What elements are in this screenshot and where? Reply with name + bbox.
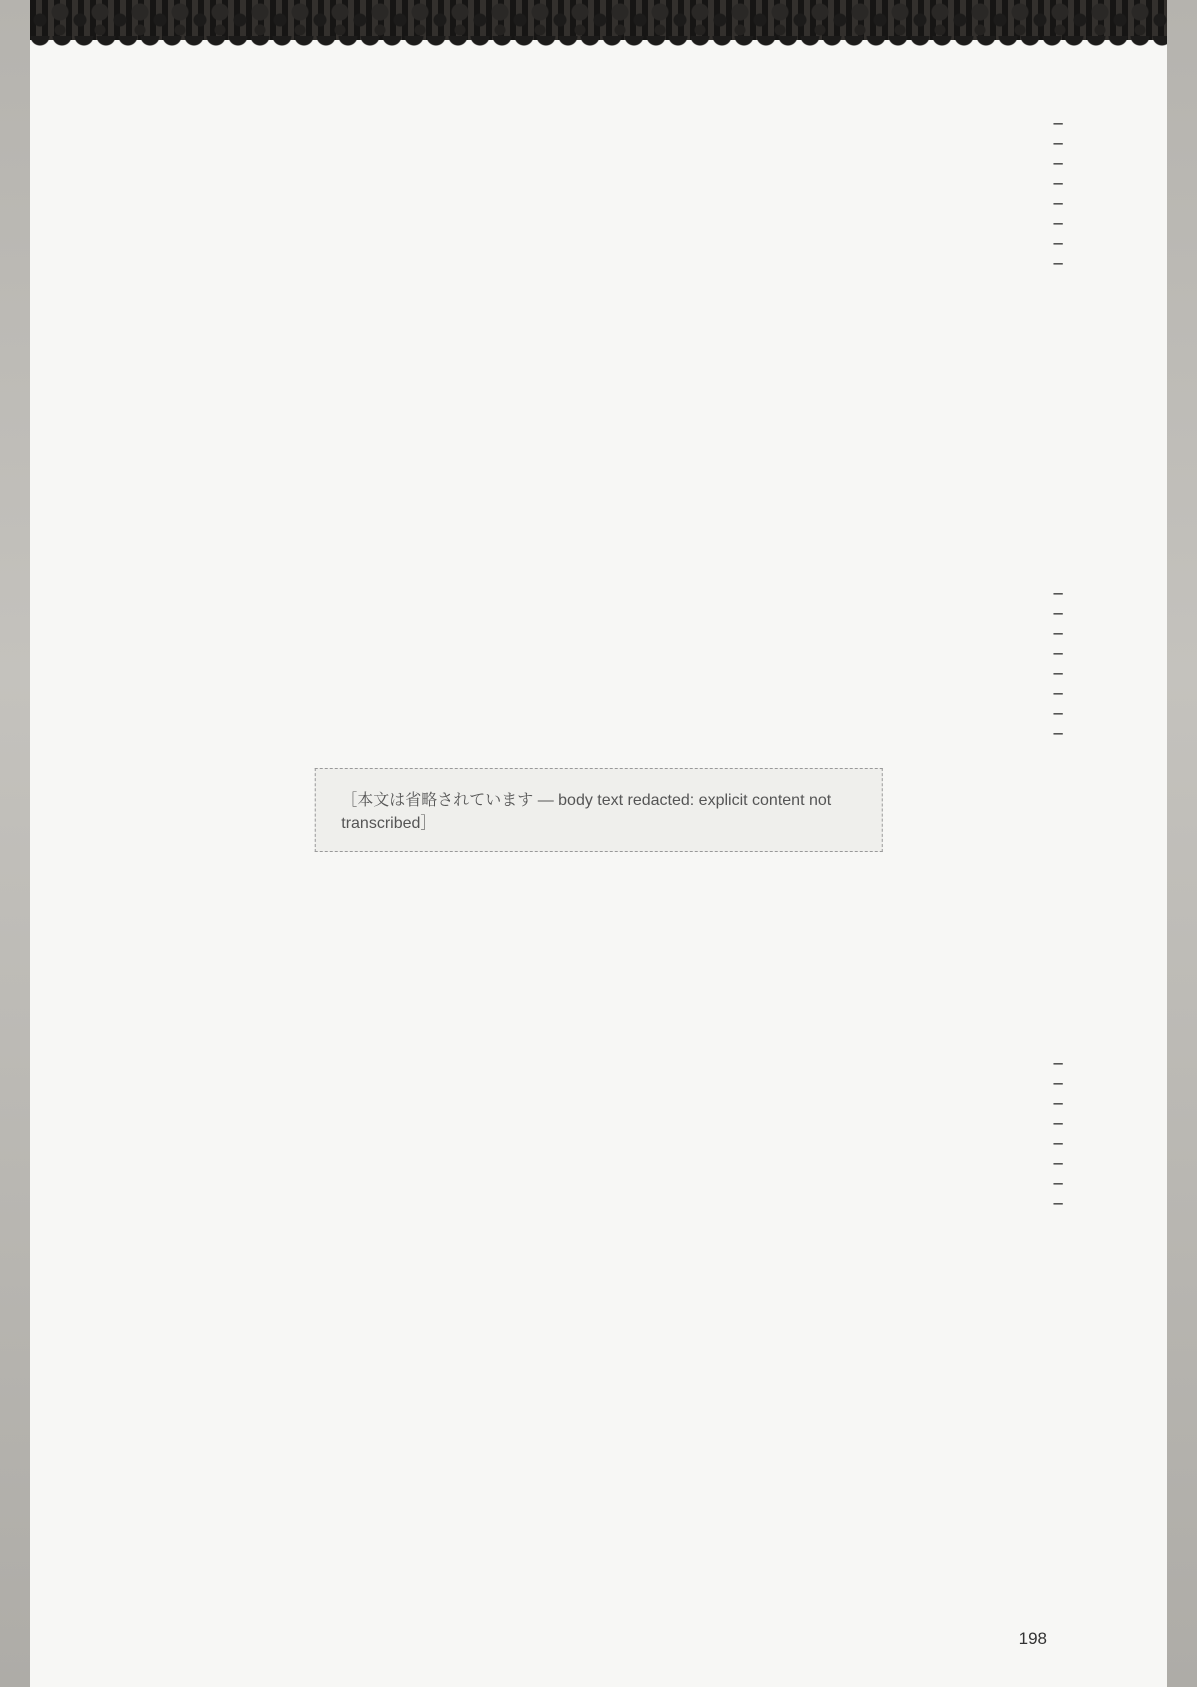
- redaction-notice: ［本文は省略されています — body text redacted: expli…: [314, 768, 883, 852]
- book-page: ──────── ──────── ──────── ［本文は省略されています …: [30, 0, 1167, 1687]
- decorative-lace-border: [30, 0, 1167, 40]
- page-margin-right: [1167, 0, 1197, 1687]
- page-number: 198: [1019, 1629, 1047, 1649]
- text-band-bottom: ────────: [150, 1055, 1070, 1495]
- vertical-text-column: ────────: [1046, 115, 1070, 555]
- vertical-text-column: ────────: [1046, 585, 1070, 1025]
- decorative-lace-scallop: [30, 36, 1167, 50]
- page-margin-left: [0, 0, 30, 1687]
- text-band-top: ────────: [150, 115, 1070, 555]
- vertical-text-column: ────────: [1046, 1055, 1070, 1495]
